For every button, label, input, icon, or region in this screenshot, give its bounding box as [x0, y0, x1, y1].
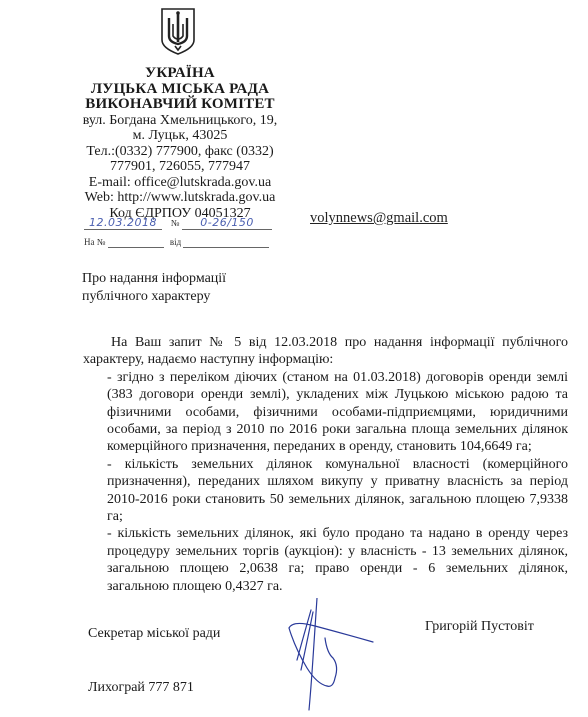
handwritten-signature-icon: [285, 598, 385, 713]
signer-title: Секретар міської ради: [88, 626, 220, 642]
address-line-1: вул. Богдана Хмельницького, 19,: [60, 113, 300, 129]
reply-to-label: На №: [84, 237, 105, 247]
committee-name: ВИКОНАВЧИЙ КОМІТЕТ: [60, 97, 300, 113]
reply-line: На № від: [84, 237, 269, 248]
council-name: ЛУЦЬКА МІСЬКА РАДА: [60, 82, 300, 98]
trident-coat-of-arms-icon: [158, 6, 198, 56]
email-line: E-mail: office@lutskrada.gov.ua: [60, 175, 300, 191]
registration-date: 12.03.2018: [84, 216, 162, 230]
address-line-2: м. Луцьк, 43025: [60, 128, 300, 144]
registration-number: 0-26/150: [182, 216, 272, 230]
phone-line-2: 777901, 726055, 777947: [60, 159, 300, 175]
reply-from-label: від: [170, 237, 181, 247]
phone-line-1: Тел.:(0332) 777900, факс (0332): [60, 144, 300, 160]
reply-to-field: [108, 237, 164, 248]
number-label: №: [171, 218, 180, 228]
registration-line: 12.03.2018 № 0-26/150: [84, 216, 284, 230]
list-item: - згідно з переліком діючих (станом на 0…: [83, 369, 568, 456]
letter-body: На Ваш запит № 5 від 12.03.2018 про нада…: [83, 334, 568, 595]
subject-line-2: публічного характеру: [82, 288, 226, 306]
list-item: - кількість земельних ділянок комунально…: [83, 456, 568, 526]
letterhead: УКРАЇНА ЛУЦЬКА МІСЬКА РАДА ВИКОНАВЧИЙ КО…: [60, 66, 300, 221]
executor-contact: Лихограй 777 871: [88, 680, 194, 696]
web-line: Web: http://www.lutskrada.gov.ua: [60, 190, 300, 206]
country-name: УКРАЇНА: [60, 66, 300, 82]
subject-line-1: Про надання інформації: [82, 270, 226, 288]
recipient-email[interactable]: volynnews@gmail.com: [310, 210, 448, 227]
list-item: - кількість земельних ділянок, які було …: [83, 525, 568, 595]
subject: Про надання інформації публічного характ…: [82, 270, 226, 306]
reply-from-field: [183, 237, 269, 248]
signer-name: Григорій Пустовіт: [425, 619, 534, 635]
intro-paragraph: На Ваш запит № 5 від 12.03.2018 про нада…: [83, 334, 568, 369]
